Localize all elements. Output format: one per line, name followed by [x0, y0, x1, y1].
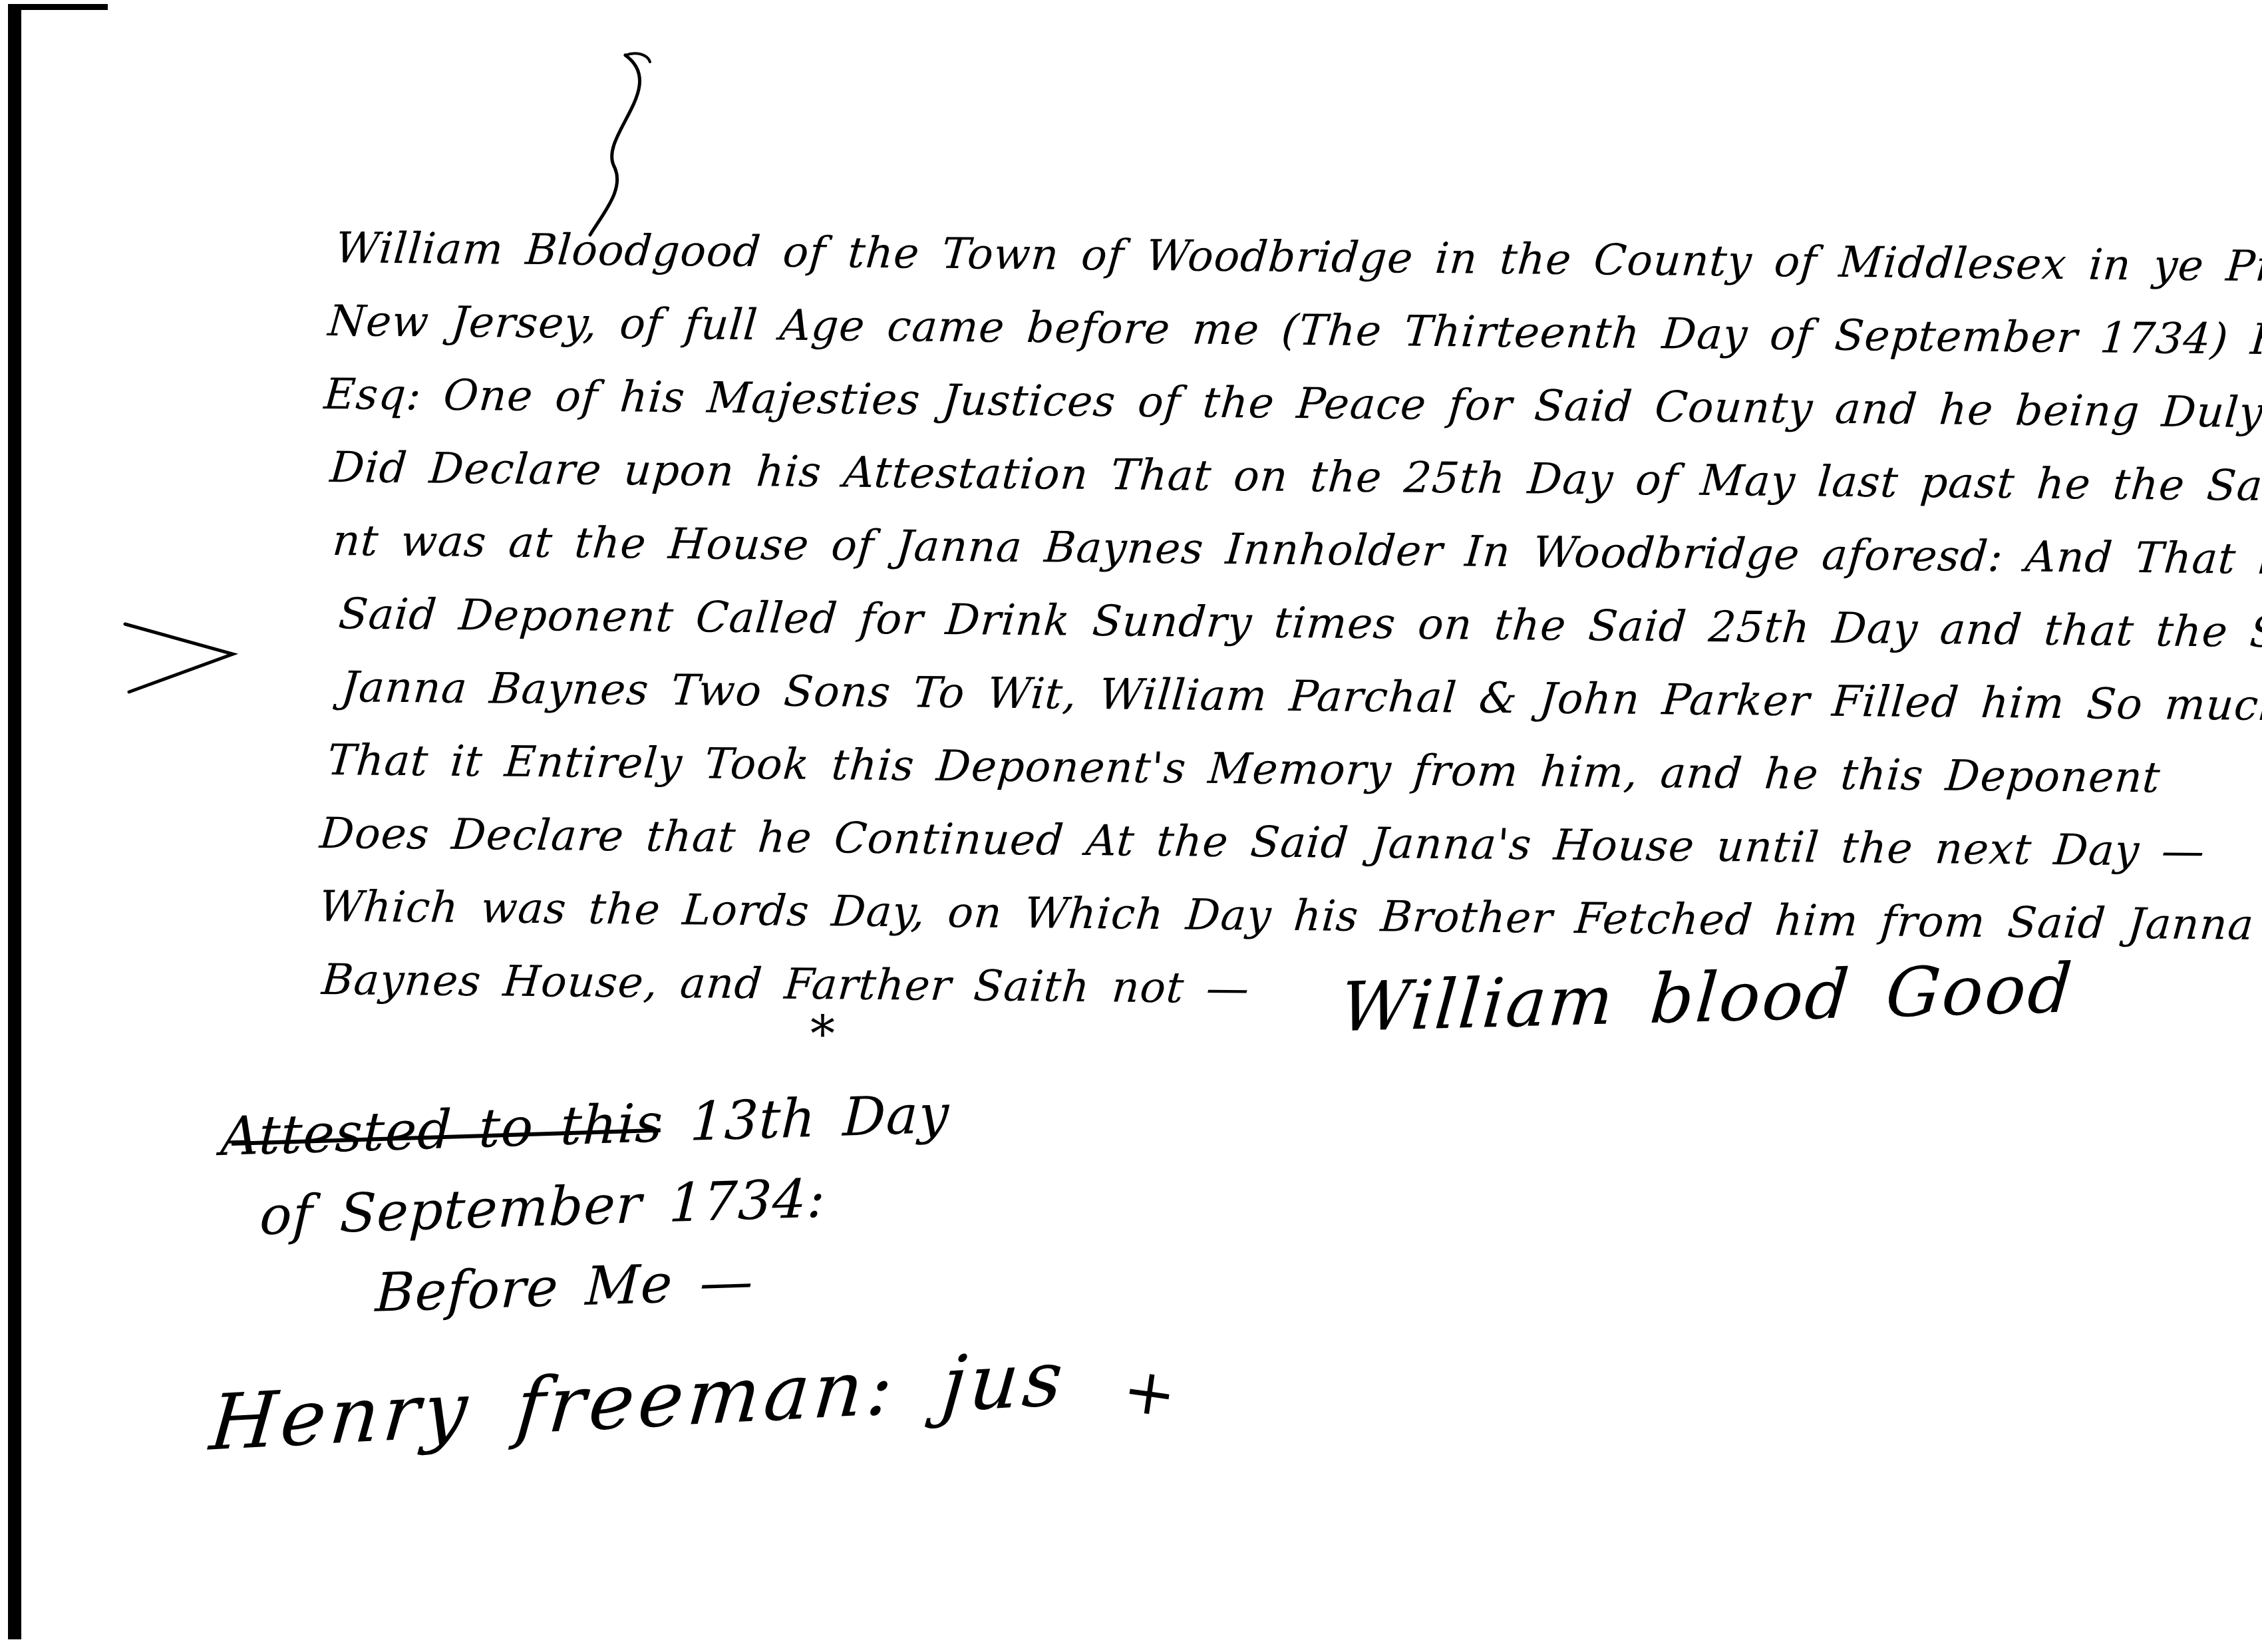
scan-edge-artifact-bar — [8, 4, 21, 1639]
attestation-block: Attested to this 13th Day of September 1… — [220, 1074, 955, 1338]
pen-cross-mark: + — [1118, 1353, 1181, 1432]
margin-chevron-mark — [121, 617, 244, 697]
justice-signature: Henry freeman: jus — [206, 1334, 1070, 1468]
asterisk-mark: * — [810, 1006, 835, 1063]
scanned-document-page: William Bloodgood of the Town of Woodbri… — [0, 0, 2262, 1652]
deposition-body: William Bloodgood of the Town of Woodbri… — [318, 212, 2261, 1035]
scan-edge-artifact-top — [8, 4, 108, 10]
